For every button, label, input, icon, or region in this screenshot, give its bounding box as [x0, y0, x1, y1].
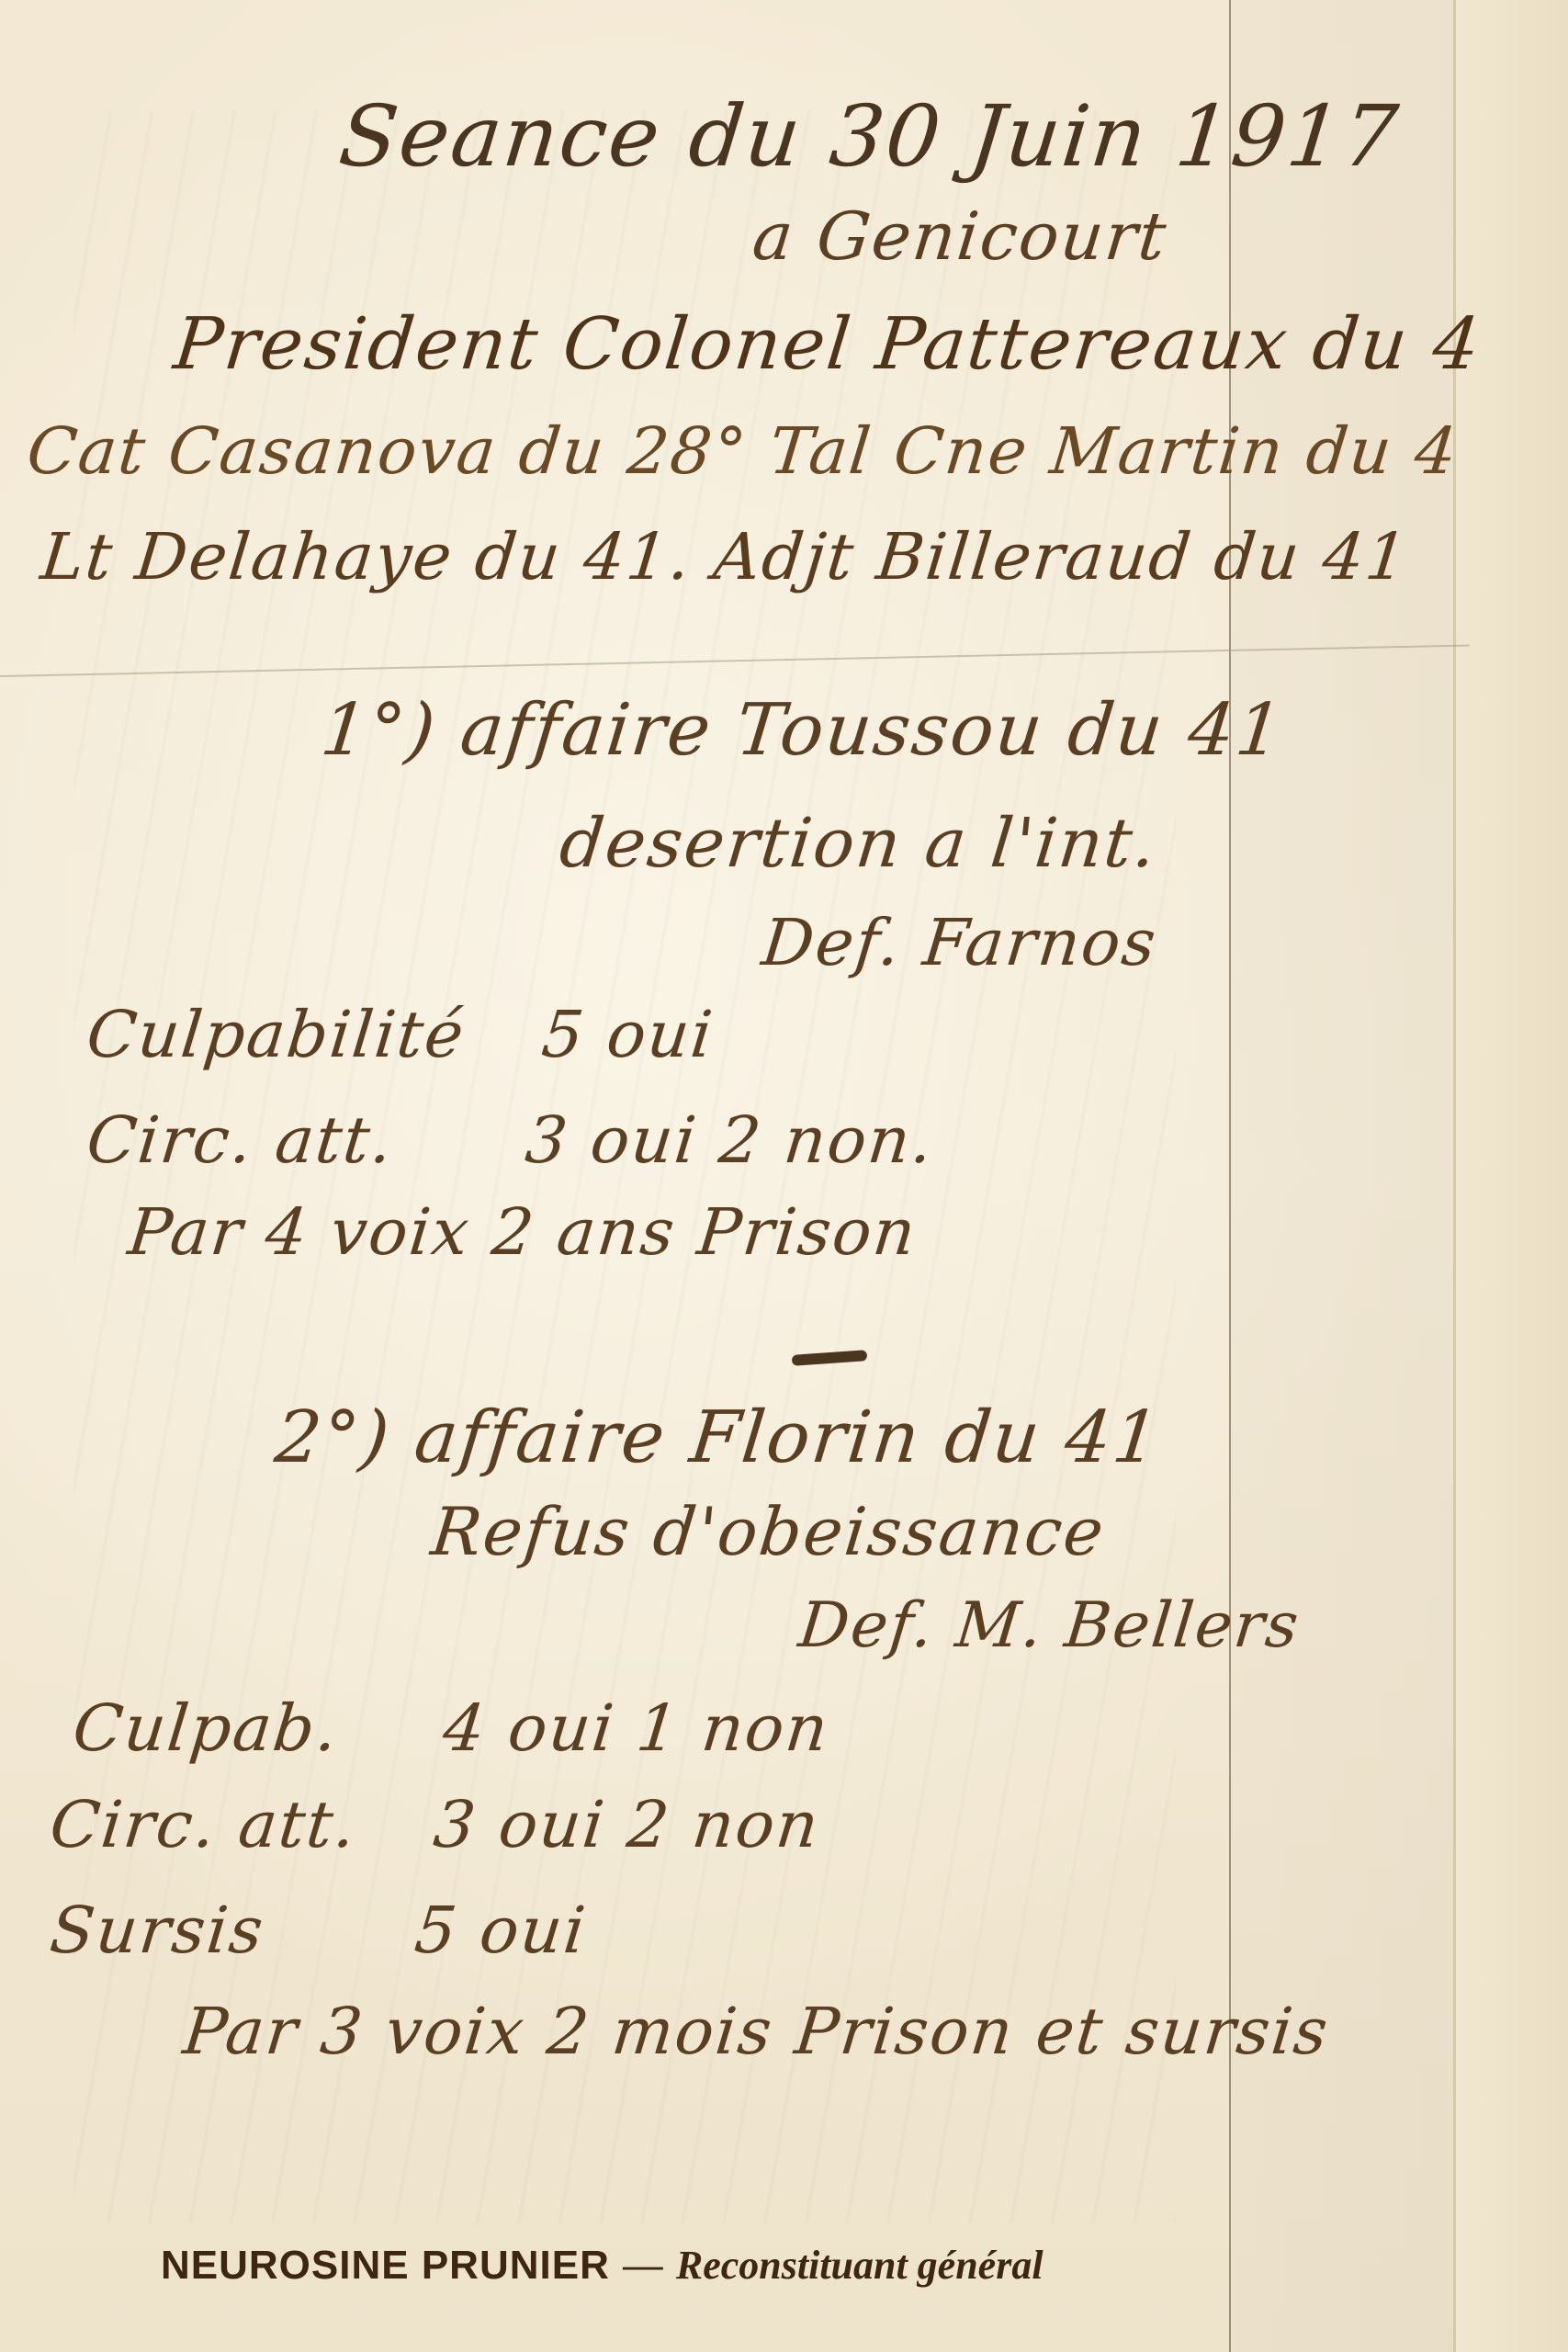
vote-result: 4 oui 1 non [440, 1690, 833, 1766]
case-1-charge: desertion a l'int. [556, 804, 1161, 883]
case-2-defense: Def. M. Bellers [795, 1589, 1303, 1662]
vote-label: Sursis [47, 1893, 268, 1968]
case-1-sentence: Par 4 voix 2 ans Prison [125, 1194, 920, 1270]
vote-result: 5 oui [412, 1893, 591, 1968]
session-place: a Genicourt [750, 198, 1172, 275]
vote-result: 5 oui [538, 997, 717, 1072]
vote-result: 3 oui 2 non [430, 1787, 823, 1862]
printed-advertisement-footer: NEUROSINE PRUNIER—Reconstituant général [161, 2242, 1043, 2289]
case-2-vote-circumstances: Circ. att. 3 oui 2 non [47, 1787, 824, 1862]
case-2-vote-suspension: Sursis 5 oui [47, 1893, 591, 1968]
vote-label: Culpab. [70, 1690, 343, 1766]
judges-line-1: Cat Casanova du 28° Tal Cne Martin du 4 [24, 413, 1462, 489]
footer-tagline: Reconstituant général [676, 2243, 1043, 2288]
vote-label: Circ. att. [47, 1787, 361, 1862]
vote-result: 3 oui 2 non. [522, 1102, 938, 1178]
case-1-vote-guilt: Culpabilité 5 oui [84, 997, 717, 1072]
president-line: President Colonel Pattereaux du 4 [170, 303, 1484, 386]
case-1-defense: Def. Farnos [759, 905, 1161, 980]
case-1-vote-circumstances: Circ. att. 3 oui 2 non. [84, 1102, 938, 1178]
notebook-page: Seance du 30 Juin 1917 a Genicourt Presi… [0, 0, 1568, 2352]
case-2-vote-guilt: Culpab. 4 oui 1 non [70, 1690, 833, 1766]
judges-line-2: Lt Delahaye du 41. Adjt Billeraud du 41 [38, 519, 1413, 594]
case-2-sentence: Par 3 voix 2 mois Prison et sursis [180, 1994, 1333, 2069]
session-title: Seance du 30 Juin 1917 [334, 87, 1404, 186]
footer-separator: — [623, 2243, 663, 2288]
case-2-heading: 2°) affaire Florin du 41 [271, 1396, 1165, 1479]
vote-label: Culpabilité [84, 997, 469, 1072]
footer-brand: NEUROSINE PRUNIER [161, 2243, 610, 2288]
case-2-charge: Refus d'obeissance [428, 1493, 1110, 1570]
vote-label: Circ. att. [84, 1102, 398, 1178]
case-1-heading: 1°) affaire Toussou du 41 [317, 689, 1288, 772]
